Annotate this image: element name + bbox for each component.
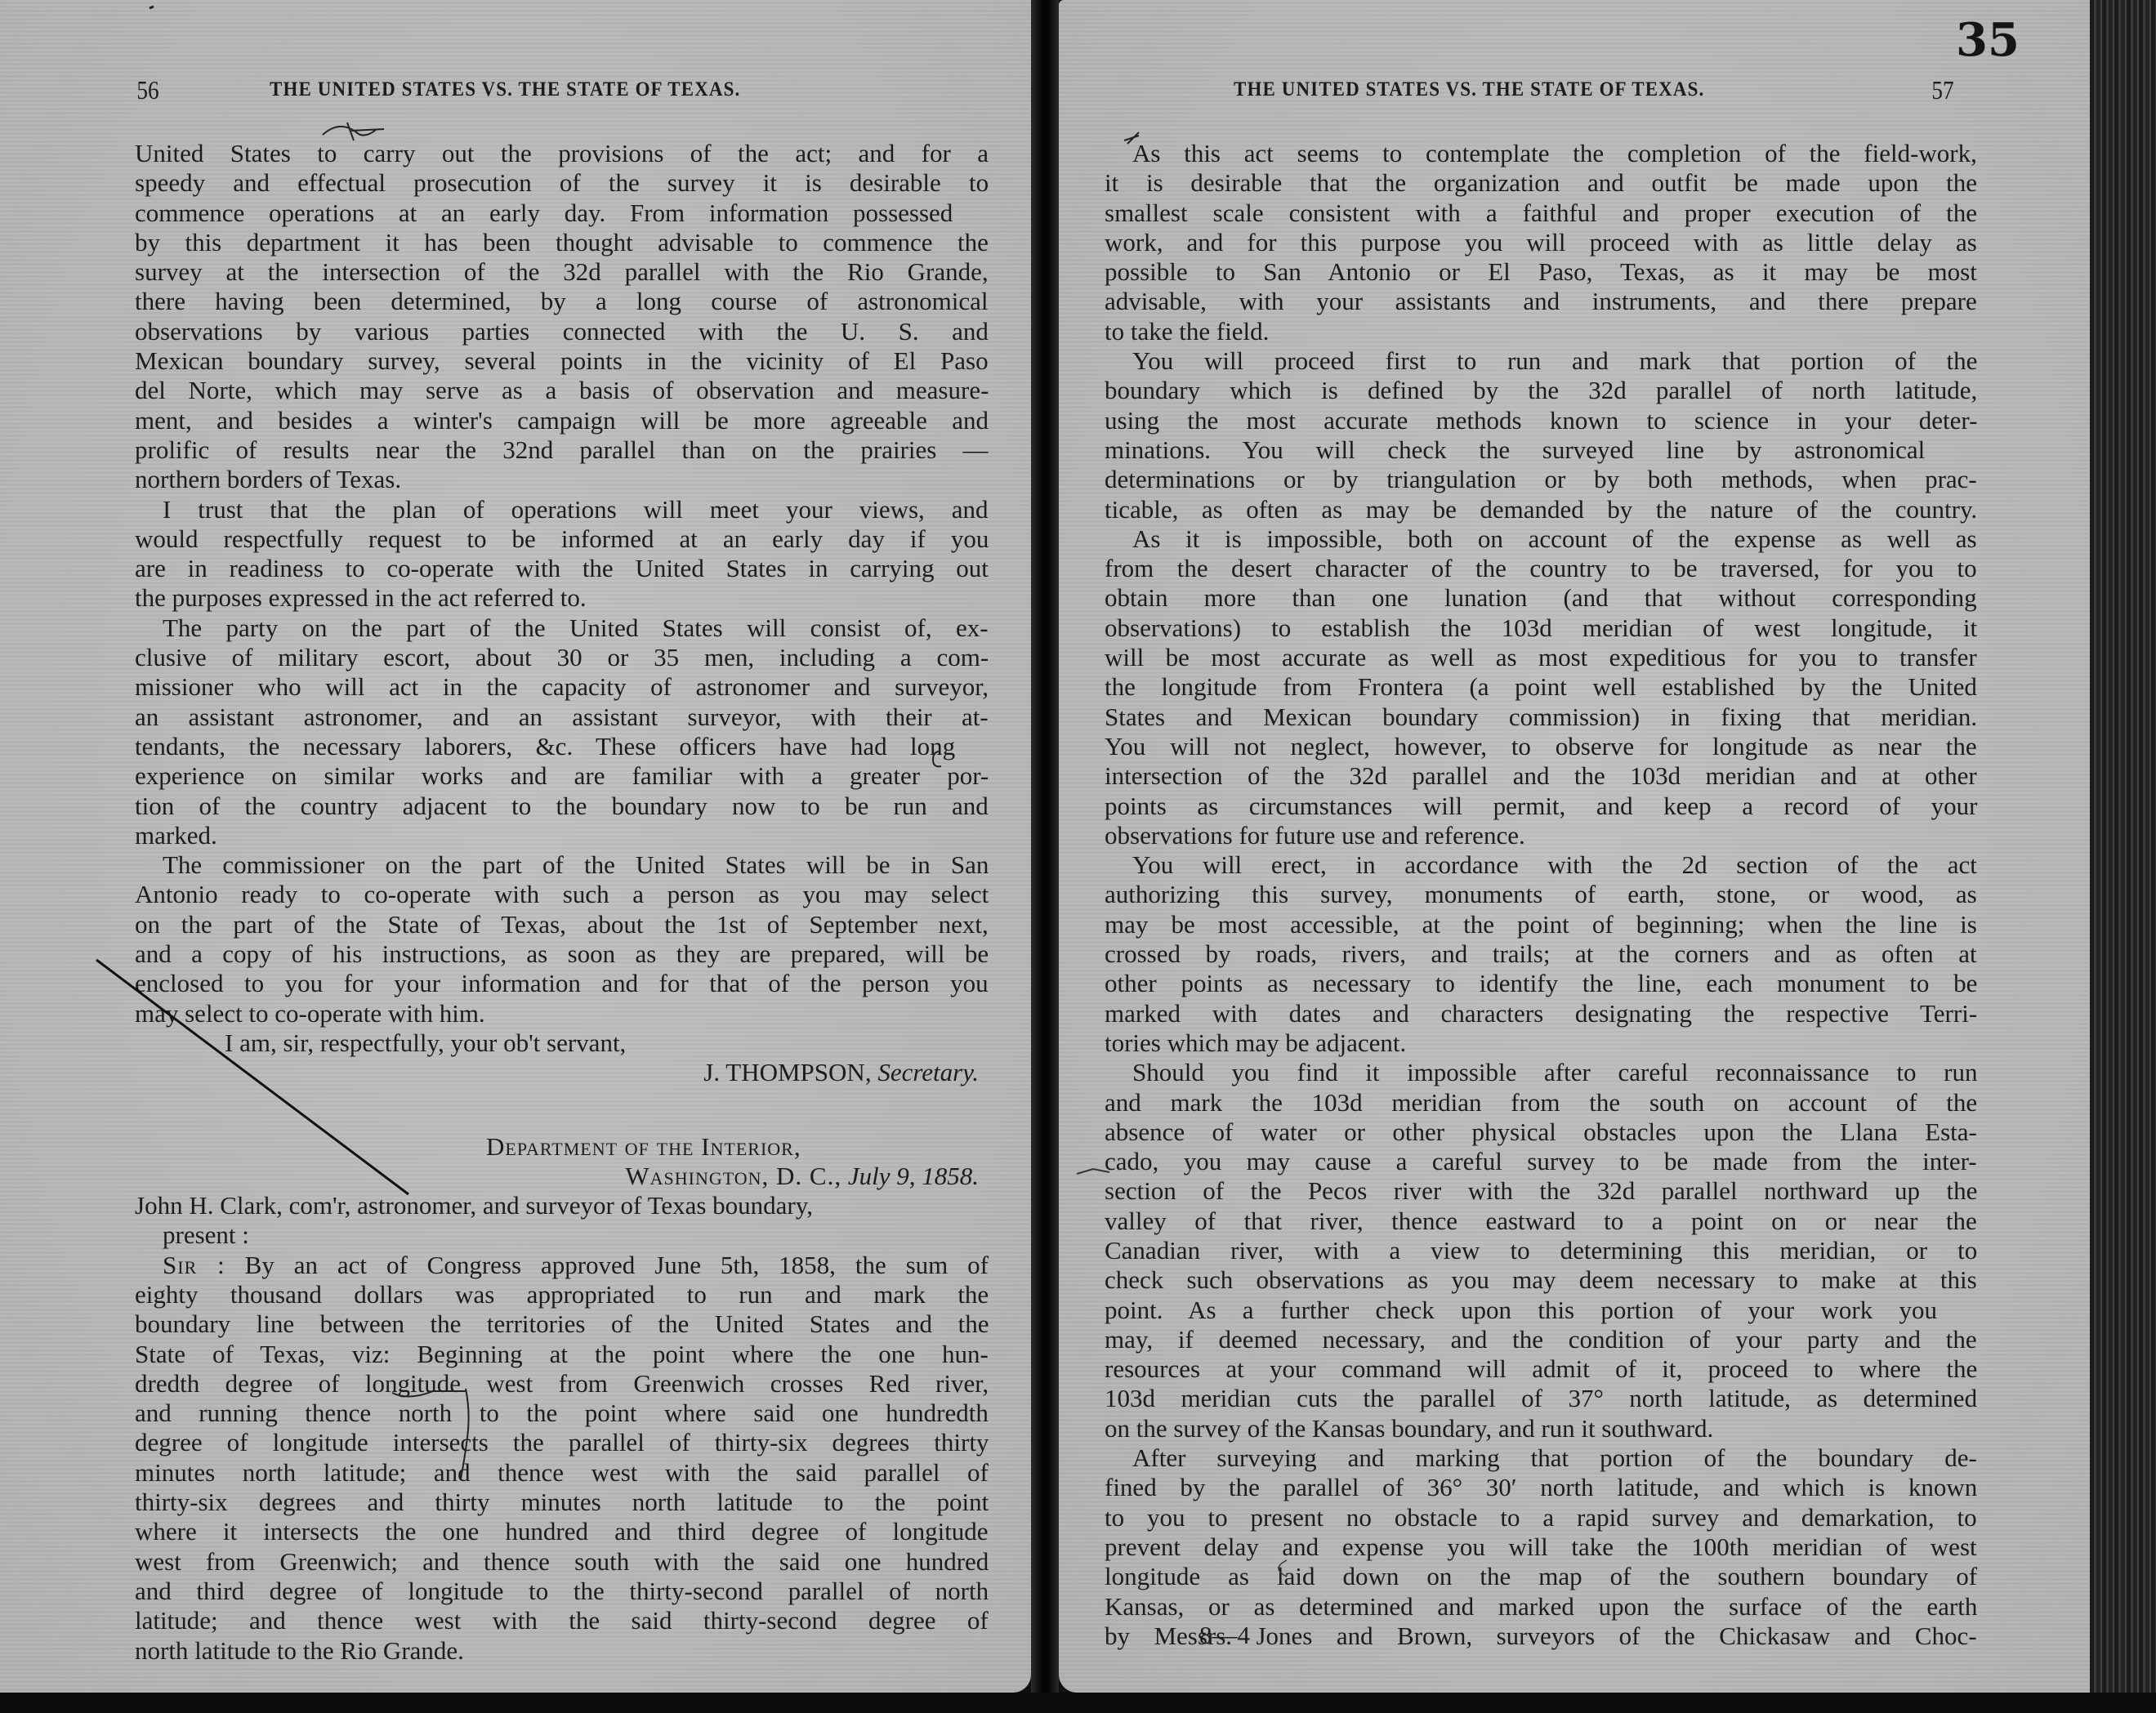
text-line: resources at your command will admit of … [1105,1354,1977,1384]
text-line: dredth degree of longitude west from Gre… [135,1369,989,1399]
text-line: ment, and besides a winter's campaign wi… [135,406,989,435]
text-line: may select to co-operate with him. [135,999,989,1028]
text-line: The party on the part of the United Stat… [135,613,989,643]
text-line: cado, you may cause a careful survey to … [1105,1147,1977,1176]
text-line: Mexican boundary survey, several points … [135,346,989,376]
text-line: work, and for this purpose you will proc… [1105,228,1977,257]
text-line: ticable, as often as may be demanded by … [1105,495,1977,524]
letter-body-part-2: Sir : By an act of Congress approved Jun… [135,1251,989,1666]
text-line: tendants, the necessary laborers, &c. Th… [135,732,989,761]
signature-line: J. THOMPSON, Secretary. [135,1058,989,1087]
text-line: You will proceed first to run and mark t… [1105,346,1977,376]
stamped-sheet-number: 35 [1956,13,2020,67]
text-line: After surveying and marking that portion… [1105,1443,1977,1473]
left-page-number: 56 [136,75,158,105]
text-line: As this act seems to contemplate the com… [1105,139,1977,168]
text-line: an assistant astronomer, and an assistan… [135,703,989,732]
letter-body-part-1: United States to carry out the provision… [135,139,989,1028]
text-line: thirty-six degrees and thirty minutes no… [135,1488,989,1517]
text-line: the purposes expressed in the act referr… [135,583,989,613]
text-line: west from Greenwich; and thence south wi… [135,1547,989,1577]
text-line: check such observations as you may deem … [1105,1265,1977,1295]
salutation: Sir : [163,1251,225,1279]
text-line: State of Texas, viz: Beginning at the po… [135,1340,989,1369]
text-line: States and Mexican boundary commission) … [1105,703,1977,732]
text-line: obtain more than one lunation (and that … [1105,583,1977,613]
right-page-number: 57 [1931,75,1953,105]
text-line: latitude; and thence west with the said … [135,1606,989,1635]
text-line: Kansas, or as determined and marked upon… [1105,1592,1977,1622]
text-line: points as circumstances will permit, and… [1105,792,1977,821]
text-line: boundary line between the territories of… [135,1309,989,1339]
text-line: longitude as laid down on the map of the… [1105,1562,1977,1591]
text-line: to take the field. [1105,317,1977,346]
text-line: where it intersects the one hundred and … [135,1517,989,1546]
text-line: smallest scale consistent with a faithfu… [1105,199,1977,228]
text-line: survey at the intersection of the 32d pa… [135,257,989,287]
text-line: marked with dates and characters designa… [1105,999,1977,1028]
text-line: You will erect, in accordance with the 2… [1105,850,1977,880]
text-line: commence operations at an early day. Fro… [135,199,989,228]
text-line: to you to present no obstacle to a rapid… [1105,1503,1977,1532]
text-line: Antonio ready to co-operate with such a … [135,880,989,909]
text-line: fined by the parallel of 36° 30′ north l… [1105,1473,1977,1502]
text-line: absence of water or other physical obsta… [1105,1117,1977,1147]
text-line: Canadian river, with a view to determini… [1105,1236,1977,1265]
printer-signature-mark: 8—4 [1199,1621,1250,1650]
text-line: from the desert character of the country… [1105,554,1977,583]
text-line: tories which may be adjacent. [1105,1028,1977,1058]
left-page-body: United States to carry out the provision… [135,139,989,1666]
text-line: prolific of results near the 32nd parall… [135,435,989,465]
text-line: section of the Pecos river with the 32d … [1105,1176,1977,1206]
dateline-department: Department of the Interior, [135,1132,989,1162]
addressee-line: John H. Clark, com'r, astronomer, and su… [135,1191,989,1220]
text-line: by this department it has been thought a… [135,228,989,257]
text-line: would respectfully request to be informe… [135,524,989,554]
text-line: observations) to establish the 103d meri… [1105,613,1977,643]
signature: J. THOMPSON, Secretary. [703,1058,979,1087]
text-line: on the part of the State of Texas, about… [135,910,989,939]
closing-line: I am, sir, respectfully, your ob't serva… [135,1028,989,1058]
right-running-head: THE UNITED STATES VS. THE STATE OF TEXAS… [1234,78,1704,101]
right-page-body: As this act seems to contemplate the com… [1105,139,1977,1651]
text-line: the longitude from Frontera (a point wel… [1105,672,1977,702]
text-line: point. As a further check upon this port… [1105,1296,1977,1325]
text-line: Should you find it impossible after care… [1105,1058,1977,1087]
text-line: authorizing this survey, monuments of ea… [1105,880,1977,909]
text-line: crossed by roads, rivers, and trails; at… [1105,939,1977,969]
text-line: it is desirable that the organization an… [1105,168,1977,198]
text-line: and mark the 103d meridian from the sout… [1105,1088,1977,1117]
text-line: using the most accurate methods known to… [1105,406,1977,435]
text-line: missioner who will act in the capacity o… [135,672,989,702]
signature-name: J. THOMPSON, [703,1058,871,1086]
text-line: on the survey of the Kansas boundary, an… [1105,1414,1977,1443]
text-line: prevent delay and expense you will take … [1105,1532,1977,1562]
text-line: experience on similar works and are fami… [135,761,989,791]
text-line: del Norte, which may serve as a basis of… [135,376,989,405]
text-line: minutes north latitude; and thence west … [135,1458,989,1488]
text-line: marked. [135,821,989,850]
text-line: and third degree of longitude to the thi… [135,1577,989,1606]
left-running-head: THE UNITED STATES VS. THE STATE OF TEXAS… [270,78,740,101]
closing-text: I am, sir, respectfully, your ob't serva… [225,1028,626,1058]
text-line: intersection of the 32d parallel and the… [1105,761,1977,791]
bottom-shadow [0,1693,2156,1713]
text-line: advisable, with your assistants and inst… [1105,287,1977,316]
text-line: I trust that the plan of operations will… [135,495,989,524]
text-line: clusive of military escort, about 30 or … [135,643,989,672]
text-line: possible to San Antonio or El Paso, Texa… [1105,257,1977,287]
text-line: are in readiness to co-operate with the … [135,554,989,583]
text-line: tion of the country adjacent to the boun… [135,792,989,821]
text-line: United States to carry out the provision… [135,139,989,168]
text-line: will be most accurate as well as most ex… [1105,643,1977,672]
text-line: valley of that river, thence eastward to… [1105,1207,1977,1236]
book-gutter [1031,0,1059,1713]
text-line: enclosed to you for your information and… [135,969,989,998]
text-line: minations. You will check the surveyed l… [1105,435,1977,465]
text-line: The commissioner on the part of the Unit… [135,850,989,880]
dateline-place: Washington, D. C., [625,1162,841,1190]
instructions-body: As this act seems to contemplate the com… [1105,139,1977,1651]
text-line: may be most accessible, at the point of … [1105,910,1977,939]
text-line: You will not neglect, however, to observ… [1105,732,1977,761]
text-line: north latitude to the Rio Grande. [135,1636,989,1666]
text-line: degree of longitude intersects the paral… [135,1428,989,1457]
text-line: observations by various parties connecte… [135,317,989,346]
text-line: northern borders of Texas. [135,465,989,494]
text-line: 103d meridian cuts the parallel of 37° n… [1105,1384,1977,1413]
addressee-present: present : [135,1220,989,1250]
text-line: speedy and effectual prosecution of the … [135,168,989,198]
text-line: boundary which is defined by the 32d par… [1105,376,1977,405]
text-line: Sir : By an act of Congress approved Jun… [135,1251,989,1280]
dateline-date: July 9, 1858. [848,1162,979,1190]
text-line: there having been determined, by a long … [135,287,989,316]
dateline-place-date: Washington, D. C., July 9, 1858. [135,1162,989,1191]
text-line: eighty thousand dollars was appropriated… [135,1280,989,1309]
signature-title: Secretary. [877,1058,979,1086]
text-line: As it is impossible, both on account of … [1105,524,1977,554]
text-line: and a copy of his instructions, as soon … [135,939,989,969]
page-stack-edge [2090,0,2156,1713]
text-line: other points as necessary to identify th… [1105,969,1977,998]
text-line: and running thence north to the point wh… [135,1399,989,1428]
text-line: observations for future use and referenc… [1105,821,1977,850]
text-line: may, if deemed necessary, and the condit… [1105,1325,1977,1354]
text-line: determinations or by triangulation or by… [1105,465,1977,494]
